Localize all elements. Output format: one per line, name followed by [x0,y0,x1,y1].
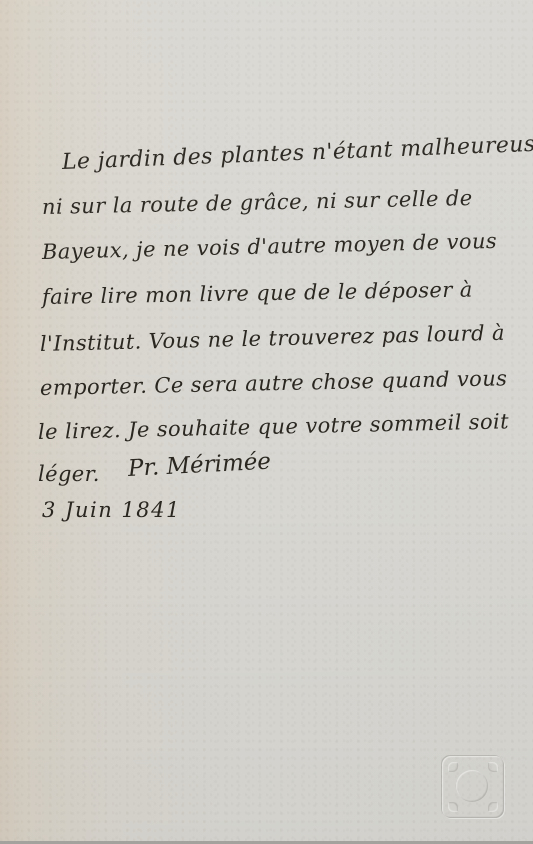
letter-date: 3 Juin 1841 [42,498,181,522]
letter-line-6: emporter. Ce sera autre chose quand vous [40,366,508,400]
letter-line-1: Le jardin des plantes n'étant malheureus… [62,129,533,175]
stamp-corner-ornament [488,802,498,812]
blind-embossed-stamp-icon [442,756,504,818]
stamp-rosette [456,770,488,802]
signature: Pr. Mérimée [127,449,271,482]
letter-sheet: Le jardin des plantes n'étant malheureus… [0,0,533,844]
letter-line-4: faire lire mon livre que de le déposer à [42,277,473,309]
stamp-corner-ornament [488,762,498,772]
letter-line-3: Bayeux, je ne vois d'autre moyen de vous [42,229,498,264]
stamp-corner-ornament [448,802,458,812]
letter-line-2: ni sur la route de grâce, ni sur celle d… [42,186,473,219]
stamp-corner-ornament [448,762,458,772]
letter-line-7: le lirez. Je souhaite que votre sommeil … [38,409,509,444]
letter-line-5: l'Institut. Vous ne le trouverez pas lou… [40,321,505,356]
letter-line-8: léger. [38,462,100,486]
